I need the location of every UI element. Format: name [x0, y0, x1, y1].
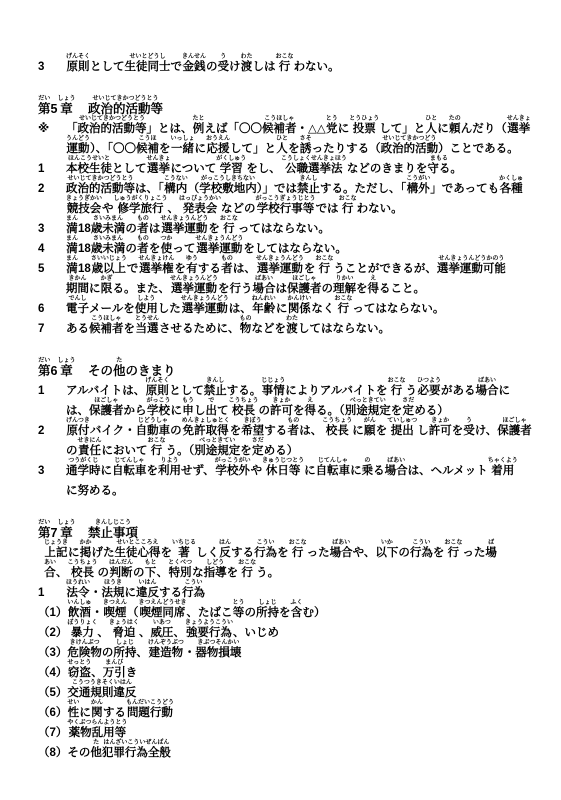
text-segment: 、いじめ — [233, 627, 279, 640]
text-segment: や — [251, 465, 263, 478]
base-text: 自転車 — [316, 465, 351, 478]
ruby-segment: しどう指導 — [204, 560, 227, 580]
ruby-segment: おこな行 — [289, 540, 307, 560]
text-segment: う — [406, 385, 418, 398]
base-text: 金銭 — [183, 61, 206, 74]
ruby-segment: じじょう事情 — [261, 378, 285, 398]
text-line: に努める。 — [38, 478, 537, 498]
text-segment: の — [206, 61, 218, 74]
ruby-segment: だい第 — [38, 358, 51, 378]
base-text: 生徒同士 — [125, 61, 171, 74]
text-segment: める） — [414, 405, 449, 418]
text-segment: を — [147, 465, 159, 478]
ruby-segment: せい性 — [67, 700, 79, 720]
furigana-text: もの — [137, 216, 149, 223]
ruby-segment: た他 — [113, 358, 126, 378]
text-segment: の — [125, 223, 137, 236]
text-segment: として — [90, 61, 125, 74]
text-segment: をし、 — [246, 163, 281, 176]
text-segment: 7 — [51, 527, 58, 540]
ruby-segment: げんつき原付 — [66, 418, 90, 438]
ruby-segment: めんきょしゅとく免許取得 — [182, 418, 230, 438]
ruby-segment: りかい理解 — [333, 276, 356, 296]
text-line: 3まん満18さいみまん歳未満のもの者はせんきょうんどう選挙運動をおこな行ってはな… — [38, 216, 537, 236]
ruby-segment: かくしゅ各種 — [499, 176, 523, 196]
furigana-text: さいいじょう — [91, 256, 127, 263]
ruby-segment: ふく含 — [290, 600, 302, 620]
furigana-text: まもる — [430, 156, 448, 163]
text-segment: る — [373, 465, 385, 478]
furigana-text: とうひょう — [349, 116, 379, 123]
ruby-segment: きぶつそんかい器物損壊 — [195, 640, 241, 660]
ruby-segment: ばあい場合 — [330, 540, 353, 560]
ruby-segment: さいみまん歳未満 — [91, 236, 126, 256]
furigana-text: もんだいこうどう — [126, 700, 174, 707]
text-segment: ）」では — [257, 183, 297, 196]
furigana-text: かくしゅ — [499, 176, 523, 183]
furigana-text: せいじてきかつどうとう — [67, 176, 133, 183]
ruby-segment: せいじてきかつどうとう政治的活動等 — [78, 116, 147, 136]
ruby-segment: だい第 — [38, 96, 51, 116]
furigana-text: きつえんどうせき — [138, 600, 186, 607]
furigana-text: まん — [66, 236, 78, 243]
base-text: 免許取得 — [183, 425, 229, 438]
base-text: 保護者 — [497, 425, 532, 438]
base-text: 通学時 — [66, 465, 101, 478]
item-marker: 7 — [38, 323, 66, 336]
furigana-text: きかん — [68, 276, 86, 283]
ruby-segment: せいとどうし生徒同士 — [125, 54, 171, 74]
furigana-text: ていしゅつ — [387, 418, 417, 425]
furigana-text: こうほしゃ — [91, 316, 121, 323]
furigana-text: じてんしゃ — [318, 458, 348, 465]
furigana-text: ばあい — [255, 276, 273, 283]
text-segment: ）ことである。 — [438, 143, 519, 156]
text-segment: ってはならない。 — [352, 303, 444, 316]
ruby-segment: まん満 — [66, 256, 78, 276]
ruby-segment: しょう章 — [57, 358, 75, 378]
text-segment: った — [307, 547, 330, 560]
text-segment: のきまり — [126, 365, 176, 378]
text-line: 2せいじてきかつどうとう政治的活動等は、「こうない構内（がっこうしきちない学校敷… — [38, 176, 537, 196]
text-line: 3げんそく原則としてせいとどうし生徒同士できんせん金銭のう受けわた渡しはおこな行… — [38, 54, 537, 74]
text-segment: （5） — [38, 687, 67, 700]
base-text: 渡 — [286, 323, 298, 336]
ruby-segment: もの者 — [137, 236, 149, 256]
text-line: （5）こうつうきそくいはん交通規則違反 — [38, 680, 537, 700]
item-marker: 1 — [38, 587, 66, 600]
item-marker: 3 — [38, 465, 66, 478]
furigana-text: ばあい — [332, 540, 350, 547]
text-segment: して」と — [379, 123, 425, 136]
ruby-segment: ばあい場合 — [385, 458, 408, 478]
ruby-segment: せんきょうんどうかのう選挙運動可能 — [437, 256, 506, 276]
furigana-text: おこな — [315, 256, 333, 263]
furigana-text: おこな — [148, 438, 166, 445]
ruby-segment: きつえんどうせき喫煙同席 — [138, 600, 186, 620]
base-text: 含 — [291, 607, 303, 620]
base-text: 行為 — [254, 547, 277, 560]
base-text: 自動車 — [136, 425, 171, 438]
ruby-segment: ほうき法規 — [102, 580, 125, 600]
furigana-text: こうしょくせんきょほう — [281, 156, 347, 163]
ruby-segment: とうひょう投票 — [349, 116, 379, 136]
furigana-text: りかい — [336, 276, 354, 283]
base-text: 受 — [463, 425, 475, 438]
furigana-text: つうがくじ — [68, 458, 98, 465]
furigana-text: いはん — [139, 580, 157, 587]
ruby-segment: つか使 — [160, 236, 172, 256]
base-text: 所持 — [113, 647, 136, 660]
base-text: 限 — [101, 283, 113, 296]
ruby-segment: でんし電子 — [66, 296, 89, 316]
base-text: 得 — [305, 405, 317, 418]
ruby-segment: せいとこころえ生徒心得 — [115, 540, 161, 560]
base-text: 利用 — [158, 465, 181, 478]
text-segment: の — [244, 607, 256, 620]
base-text: 満 — [66, 243, 78, 256]
furigana-text: げんそく — [145, 378, 169, 385]
base-text: 校長 — [232, 405, 255, 418]
base-text: 合 — [44, 567, 56, 580]
text-segment: などを — [252, 323, 287, 336]
furigana-text: せんきょうんどう — [195, 236, 243, 243]
furigana-text: はんだん — [109, 560, 133, 567]
furigana-text: ほんこうせいと — [68, 156, 110, 163]
base-text: 各種 — [500, 183, 523, 196]
base-text: 生徒心得 — [115, 547, 161, 560]
text-segment: によりアルバイトを — [285, 385, 387, 398]
text-segment: ること。 — [379, 283, 425, 296]
base-text: 章 — [60, 365, 73, 378]
text-segment: き — [126, 667, 138, 680]
base-text: 問題行動 — [127, 707, 173, 720]
furigana-text: せっとう — [67, 660, 91, 667]
base-text: 等 — [233, 607, 245, 620]
furigana-text: ほうれい — [66, 580, 90, 587]
text-segment: の — [398, 547, 410, 560]
furigana-text: まん — [66, 256, 78, 263]
furigana-text: きんし — [300, 176, 318, 183]
text-segment: して」と — [230, 143, 276, 156]
ruby-segment: べっときてい別途規定 — [345, 398, 391, 418]
ruby-segment: きかん期間 — [66, 276, 89, 296]
base-text: 保護者 — [287, 283, 322, 296]
furigana-text: まんび — [105, 660, 123, 667]
furigana-text: かぎ — [101, 276, 113, 283]
furigana-text: はんざいこういぜんぱん — [103, 740, 169, 747]
text-segment: て — [217, 405, 229, 418]
ruby-segment: おこな行 — [444, 540, 462, 560]
ruby-segment: いちじる著 — [172, 540, 196, 560]
ruby-segment: うんどう運動 — [66, 136, 90, 156]
ruby-segment: え得 — [368, 276, 380, 296]
ruby-segment: げんそく原則 — [66, 54, 90, 74]
furigana-text: きょか — [273, 398, 291, 405]
text-segment: や、 — [353, 547, 376, 560]
text-segment: として — [112, 163, 147, 176]
furigana-text: せんきょ — [147, 156, 171, 163]
furigana-text: せんきょうんどう — [256, 256, 304, 263]
ruby-segment: ほんこうせいと本校生徒 — [66, 156, 112, 176]
furigana-text: え — [370, 276, 376, 283]
ruby-segment: ほごしゃ保護者 — [89, 398, 124, 418]
text-segment: では — [316, 203, 339, 216]
text-segment: 」であっても — [430, 183, 499, 196]
ruby-segment: いんしゅ飲酒 — [67, 600, 91, 620]
text-line: のせきにん責任においておこな行う。（べっときてい別途規定をさだ定める） — [38, 438, 537, 458]
ruby-segment: いか以下 — [375, 540, 398, 560]
furigana-text: さそ — [300, 136, 312, 143]
base-text: 行 — [241, 567, 253, 580]
text-line: （6）せい性にかん関するもんだいこうどう問題行動 — [38, 700, 537, 720]
text-segment: 18 — [78, 223, 91, 236]
text-segment: 18 — [78, 263, 91, 276]
base-text: 期間 — [66, 283, 89, 296]
furigana-text: けんぞうぶつ — [148, 640, 184, 647]
text-segment: に — [68, 547, 80, 560]
base-text: 特別 — [169, 567, 192, 580]
text-segment: の — [66, 445, 78, 458]
base-text: 保護者 — [89, 405, 124, 418]
ruby-segment: きょうぎかい競技会 — [66, 196, 102, 216]
text-segment: は、 — [233, 263, 256, 276]
text-line: 6でんし電子メールをしよう使用したせんきょうんどう選挙運動は、ねんれい年齢にかん… — [38, 296, 537, 316]
base-text: 場 — [485, 547, 497, 560]
base-text: 以下 — [375, 547, 398, 560]
base-text: 希望 — [241, 425, 264, 438]
furigana-text: おこな — [339, 196, 357, 203]
ruby-segment: きんしじこう禁止事項 — [88, 520, 138, 540]
furigana-text: きょうぎかい — [66, 196, 102, 203]
base-text: 場合 — [330, 547, 353, 560]
text-segment: 、 — [157, 567, 169, 580]
ruby-segment: とう等 — [232, 600, 244, 620]
text-segment: 「 — [66, 123, 78, 136]
chapter-heading: だい第6しょう章 そのた他のきまり — [38, 358, 537, 378]
ruby-segment: しょじ所持 — [256, 600, 279, 620]
ruby-segment: しょう章 — [57, 520, 75, 540]
ruby-segment: ゆう有 — [186, 256, 198, 276]
ruby-segment: ちゃくよう着用 — [488, 458, 518, 478]
furigana-text: がん — [364, 418, 376, 425]
furigana-text: もの — [221, 256, 233, 263]
ruby-segment: がっこう学校 — [147, 398, 171, 418]
base-text: 使 — [161, 243, 173, 256]
furigana-text: さだ — [252, 438, 264, 445]
text-line: ※「せいじてきかつどうとう政治的活動等」とは、たと例えば「〇〇こうほしゃ候補者・… — [38, 116, 537, 136]
base-text: 万引 — [103, 667, 126, 680]
furigana-text: きけんぶつ — [70, 640, 100, 647]
text-segment: な — [192, 567, 204, 580]
base-text: 強要行為 — [186, 627, 232, 640]
ruby-segment: せいじてきかつどう政治的活動 — [381, 136, 439, 156]
ruby-segment: がっこうがい学校外 — [215, 458, 251, 478]
item-marker: 3 — [38, 223, 66, 236]
base-text: 構内 — [164, 183, 187, 196]
base-text: 許可 — [270, 405, 293, 418]
text-segment: する。 — [227, 385, 262, 398]
text-line: 2げんつき原付バイク・じどうしゃ自動車のめんきょしゅとく免許取得をきぼう希望する… — [38, 418, 537, 438]
text-segment: を — [304, 263, 316, 276]
text-segment: に — [79, 707, 91, 720]
ruby-segment: げんそく原則 — [145, 378, 169, 398]
furigana-text: せいとどうし — [130, 54, 166, 61]
text-segment: メールを — [89, 303, 135, 316]
ruby-segment: きけんぶつ危険物 — [67, 640, 102, 660]
base-text: 禁止 — [204, 385, 227, 398]
base-text: 選挙権 — [139, 263, 174, 276]
base-text: 者 — [287, 425, 299, 438]
ruby-segment: きゅうじつとう休日等 — [262, 458, 304, 478]
text-line: きょうぎかい競技会やしゅうがくりょこう修学旅行、はっぴょうかい発表会などのがっこ… — [38, 196, 537, 216]
ruby-segment: わた渡 — [241, 54, 253, 74]
ruby-segment: ば場 — [485, 540, 497, 560]
furigana-text: おこな — [289, 540, 307, 547]
ruby-segment: じてんしゃ自転車 — [316, 458, 351, 478]
furigana-text: せんきょうんどう — [170, 276, 218, 283]
text-segment: の — [259, 405, 271, 418]
furigana-text: つか — [160, 236, 172, 243]
base-text: 章 — [60, 527, 73, 540]
base-text: 責任 — [78, 445, 101, 458]
furigana-text: せい — [67, 700, 79, 707]
furigana-text: ほごしゃ — [503, 418, 527, 425]
base-text: 行 — [342, 203, 354, 216]
ruby-segment: ほごしゃ保護者 — [287, 276, 322, 296]
furigana-text: こうがい — [406, 176, 430, 183]
base-text: 歳未満 — [91, 243, 126, 256]
furigana-text: ほごしゃ — [94, 398, 118, 405]
text-segment: などのきまりを — [347, 163, 428, 176]
furigana-text: こうちょう — [229, 398, 259, 405]
text-segment: け、 — [475, 425, 498, 438]
furigana-text: がっこう — [147, 398, 171, 405]
ruby-segment: りよう利用 — [158, 458, 181, 478]
text-segment: うことができるが、 — [333, 263, 437, 276]
text-segment: （6） — [38, 707, 67, 720]
base-text: 校長 — [326, 425, 349, 438]
base-text: 選挙運動 — [196, 243, 242, 256]
text-segment: に — [171, 405, 183, 418]
furigana-text: おこな — [238, 560, 256, 567]
furigana-text: べっときてい — [199, 438, 235, 445]
text-segment: に — [101, 465, 113, 478]
ruby-segment: おうえん応援 — [206, 136, 230, 156]
furigana-text: いちじる — [172, 540, 196, 547]
text-segment: バイク・ — [90, 425, 136, 438]
text-segment: を — [161, 547, 173, 560]
furigana-text: かんけい — [287, 296, 311, 303]
base-text: 第 — [38, 103, 51, 116]
text-segment: を行う — [218, 283, 253, 296]
ruby-segment: う受 — [218, 54, 230, 74]
ruby-segment: こうない構内 — [164, 176, 188, 196]
base-text: 学校行事等 — [257, 203, 315, 216]
base-text: 法令 — [67, 587, 90, 600]
text-segment: で — [127, 263, 139, 276]
item-marker: ※ — [38, 123, 66, 136]
item-marker: 4 — [38, 243, 66, 256]
ruby-segment: もと下 — [145, 560, 157, 580]
base-text: 校長 — [71, 567, 94, 580]
base-text: 発表会 — [183, 203, 218, 216]
ruby-segment: さそ誘 — [300, 136, 312, 156]
base-text: 学校外 — [215, 465, 250, 478]
ruby-segment: ほうれい法令 — [66, 580, 90, 600]
ruby-segment: せっとう窃盗 — [67, 660, 91, 680]
text-segment: け — [229, 61, 241, 74]
base-text: 事情 — [262, 385, 285, 398]
base-text: 章 — [60, 103, 73, 116]
text-segment: する — [159, 587, 182, 600]
text-segment: 」とは、 — [147, 123, 193, 136]
ruby-segment: おこな行 — [315, 256, 333, 276]
base-text: 投票 — [353, 123, 376, 136]
ruby-segment: こうい行為 — [182, 580, 205, 600]
text-segment: する — [231, 547, 254, 560]
furigana-text: はっぴょうかい — [179, 196, 221, 203]
furigana-text: もの — [240, 316, 252, 323]
ruby-segment: こうほしゃ候補者 — [89, 316, 124, 336]
furigana-text: せきにん — [78, 438, 102, 445]
ruby-segment: もう申 — [182, 398, 194, 418]
text-line: 1ほうれい法令・ほうき法規にいはん違反するこうい行為 — [38, 580, 537, 600]
text-segment: む） — [302, 607, 325, 620]
text-segment: などの — [221, 203, 256, 216]
base-text: 政治的活動等 — [66, 183, 135, 196]
ruby-segment: おこな行 — [148, 438, 166, 458]
base-text: 行 — [279, 61, 291, 74]
text-segment: を — [376, 425, 388, 438]
ruby-segment: こうちょう校長 — [322, 418, 352, 438]
furigana-text: ひと — [425, 116, 437, 123]
text-segment: は — [149, 223, 161, 236]
furigana-text: きぶつそんかい — [197, 640, 239, 647]
text-segment: 、 — [56, 567, 68, 580]
ruby-segment: さだ定 — [252, 438, 264, 458]
base-text: 下 — [145, 567, 157, 580]
base-text: 得 — [368, 283, 380, 296]
ruby-segment: はんだん判断 — [109, 560, 133, 580]
text-segment: に — [89, 283, 101, 296]
base-text: 競技会 — [67, 203, 102, 216]
text-segment: に — [499, 385, 511, 398]
ruby-segment: べっときてい別途規定 — [194, 438, 240, 458]
furigana-text: せんきょうんどう — [181, 296, 229, 303]
text-segment: し — [417, 425, 429, 438]
text-segment: を — [149, 243, 161, 256]
text-segment: を — [391, 405, 403, 418]
furigana-text: めんきょしゅとく — [182, 418, 230, 425]
ruby-segment: ていしゅつ提出 — [387, 418, 417, 438]
text-segment: その — [67, 747, 90, 760]
text-segment: 、 — [136, 647, 148, 660]
ruby-segment: こうい行為 — [254, 540, 277, 560]
ruby-segment: まん満 — [66, 236, 78, 256]
furigana-text: がくしゅう — [216, 156, 246, 163]
text-segment — [75, 103, 88, 116]
base-text: 自転車 — [112, 465, 147, 478]
text-segment: 。 — [450, 163, 462, 176]
ruby-segment: がっこうしきちない学校敷地内 — [199, 176, 257, 196]
text-segment: や — [102, 203, 114, 216]
text-segment: を — [240, 445, 252, 458]
text-segment: なく — [311, 303, 334, 316]
furigana-text: ほごしゃ — [292, 276, 316, 283]
base-text: 原則 — [146, 385, 169, 398]
base-text: 公職選挙法 — [285, 163, 343, 176]
